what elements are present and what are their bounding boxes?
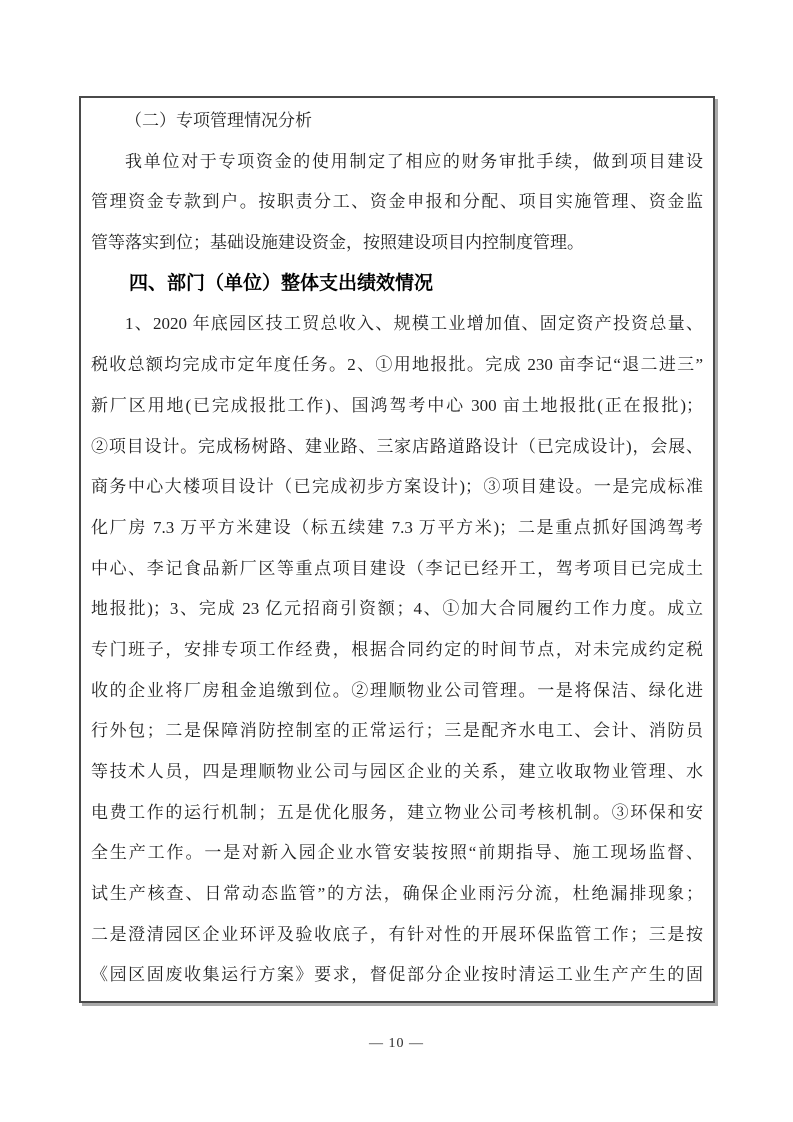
body-line: 地报批)；3、完成 23 亿元招商引资额；4、①加大合同履约工作力度。成立 — [91, 589, 703, 630]
page-number: — 10 — — [0, 1036, 793, 1052]
body-line: 中心、李记食品新厂区等重点项目建设（李记已经开工，驾考项目已完成土 — [91, 549, 703, 590]
body-line: 管等落实到位；基础设施建设资金，按照建设项目内控制度管理。 — [91, 223, 703, 264]
body-line: 试生产核查、日常动态监管”的方法，确保企业雨污分流，杜绝漏排现象； — [91, 874, 703, 915]
body-line: 行外包；二是保障消防控制室的正常运行；三是配齐水电工、会计、消防员 — [91, 711, 703, 752]
body-line: 税收总额均完成市定年度任务。2、①用地报批。完成 230 亩李记“退二进三” — [91, 345, 703, 386]
body-line: 专门班子，安排专项工作经费，根据合同约定的时间节点，对未完成约定税 — [91, 630, 703, 671]
document-page: （二）专项管理情况分析 我单位对于专项资金的使用制定了相应的财务审批手续，做到项… — [0, 0, 793, 1122]
body-line: 化厂房 7.3 万平方米建设（标五续建 7.3 万平方米)；二是重点抓好国鸿驾考 — [91, 508, 703, 549]
body-line: 管理资金专款到户。按职责分工、资金申报和分配、项目实施管理、资金监 — [91, 182, 703, 223]
section-title: 四、部门（单位）整体支出绩效情况 — [91, 264, 703, 305]
body-line: 等技术人员，四是理顺物业公司与园区企业的关系，建立收取物业管理、水 — [91, 752, 703, 793]
body-line: 收的企业将厂房租金追缴到位。②理顺物业公司管理。一是将保洁、绿化进 — [91, 671, 703, 712]
body-line: 我单位对于专项资金的使用制定了相应的财务审批手续，做到项目建设 — [91, 142, 703, 183]
subsection-title: （二）专项管理情况分析 — [91, 101, 703, 142]
body-line: ②项目设计。完成杨树路、建业路、三家店路道路设计（已完成设计)，会展、 — [91, 427, 703, 468]
body-line: 商务中心大楼项目设计（已完成初步方案设计)；③项目建设。一是完成标准 — [91, 467, 703, 508]
body-line: 《园区固废收集运行方案》要求，督促部分企业按时清运工业生产产生的固 — [91, 955, 703, 996]
body-line: 新厂区用地(已完成报批工作)、国鸿驾考中心 300 亩土地报批(正在报批)； — [91, 386, 703, 427]
text-frame: （二）专项管理情况分析 我单位对于专项资金的使用制定了相应的财务审批手续，做到项… — [79, 96, 715, 1003]
body-line: 全生产工作。一是对新入园企业水管安装按照“前期指导、施工现场监督、 — [91, 833, 703, 874]
body-line: 电费工作的运行机制；五是优化服务，建立物业公司考核机制。③环保和安 — [91, 793, 703, 834]
body-line: 1、2020 年底园区技工贸总收入、规模工业增加值、固定资产投资总量、 — [91, 304, 703, 345]
body-line: 二是澄清园区企业环评及验收底子，有针对性的开展环保监管工作；三是按 — [91, 915, 703, 956]
